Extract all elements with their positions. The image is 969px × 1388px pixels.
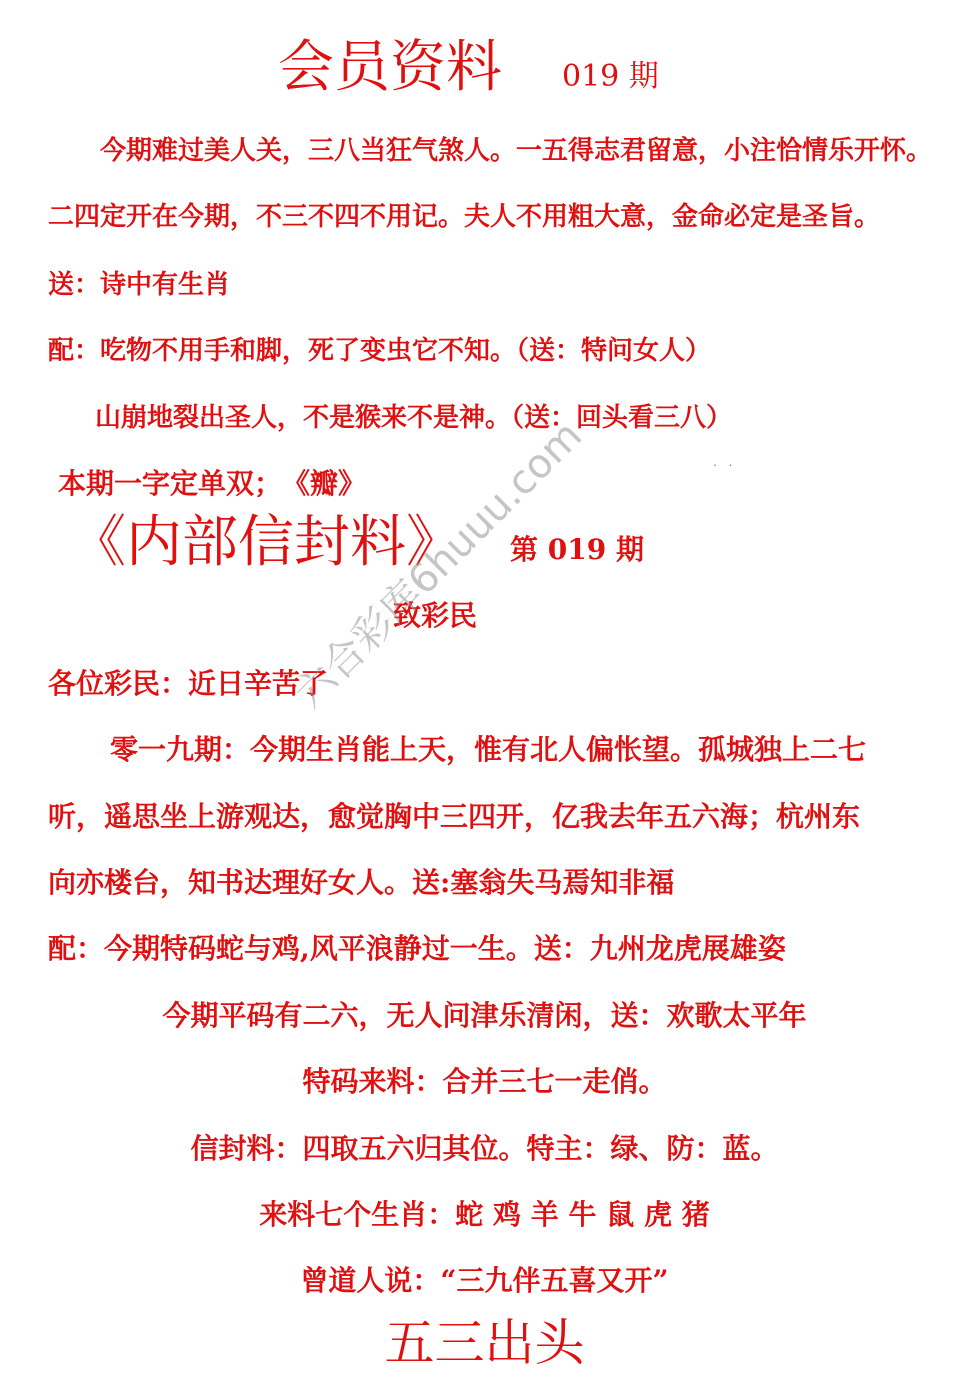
gift-zodiac-line: 送：诗中有生肖 <box>48 272 230 298</box>
envelope-subtitle: 致彩民 <box>393 602 477 630</box>
special-code-match-line: 配：今期特码蛇与鸡,风平浪静过一生。送：九州龙虎展雄姿 <box>48 935 786 963</box>
envelope-issue: 第 019 期 <box>510 536 644 564</box>
poem-line-1: 今期难过美人关，三八当狂气煞人。一五得志君留意，小注恰情乐开怀。 <box>100 138 932 164</box>
match-line-2: 山崩地裂出圣人，不是猴来不是神。（送：回头看三八） <box>95 405 732 431</box>
quote-line: 曾道人说：“三九伴五喜又开” <box>0 1267 969 1295</box>
envelope-line: 信封料：四取五六归其位。特主：绿、防：蓝。 <box>0 1135 969 1163</box>
poem-line-2: 二四定开在今期，不三不四不用记。夫人不用粗大意，金命必定是圣旨。 <box>48 204 880 230</box>
poem2-line-2: 听，遥思坐上游观达，愈觉胸中三四开，亿我去年五六海；杭州东 <box>48 803 860 831</box>
poem2-line-1: 零一九期：今期生肖能上天，惟有北人偏怅望。孤城独上二七 <box>110 736 866 764</box>
greeting-line: 各位彩民：近日辛苦了 <box>48 670 328 698</box>
odd-even-line: 本期一字定单双； 《瓣》 <box>58 470 366 498</box>
special-code-line: 特码来料：合并三七一走俏。 <box>0 1068 969 1096</box>
flat-code-line: 今期平码有二六，无人问津乐清闲，送：欢歌太平年 <box>0 1002 969 1030</box>
member-info-title: 会员资料 <box>278 40 502 96</box>
match-line-1: 配：吃物不用手和脚，死了变虫它不知。（送：特问女人） <box>48 338 711 364</box>
member-info-issue: 019 期 <box>562 62 659 92</box>
zodiac-line: 来料七个生肖：蛇 鸡 羊 牛 鼠 虎 猪 <box>0 1201 969 1229</box>
envelope-title: 《内部信封料》 <box>70 515 462 571</box>
stray-dots: . . <box>713 455 736 469</box>
poem2-line-3: 向亦楼台，知书达理好女人。送:塞翁失马焉知非福 <box>48 869 674 897</box>
final-line: 五三出头 <box>0 1318 969 1368</box>
